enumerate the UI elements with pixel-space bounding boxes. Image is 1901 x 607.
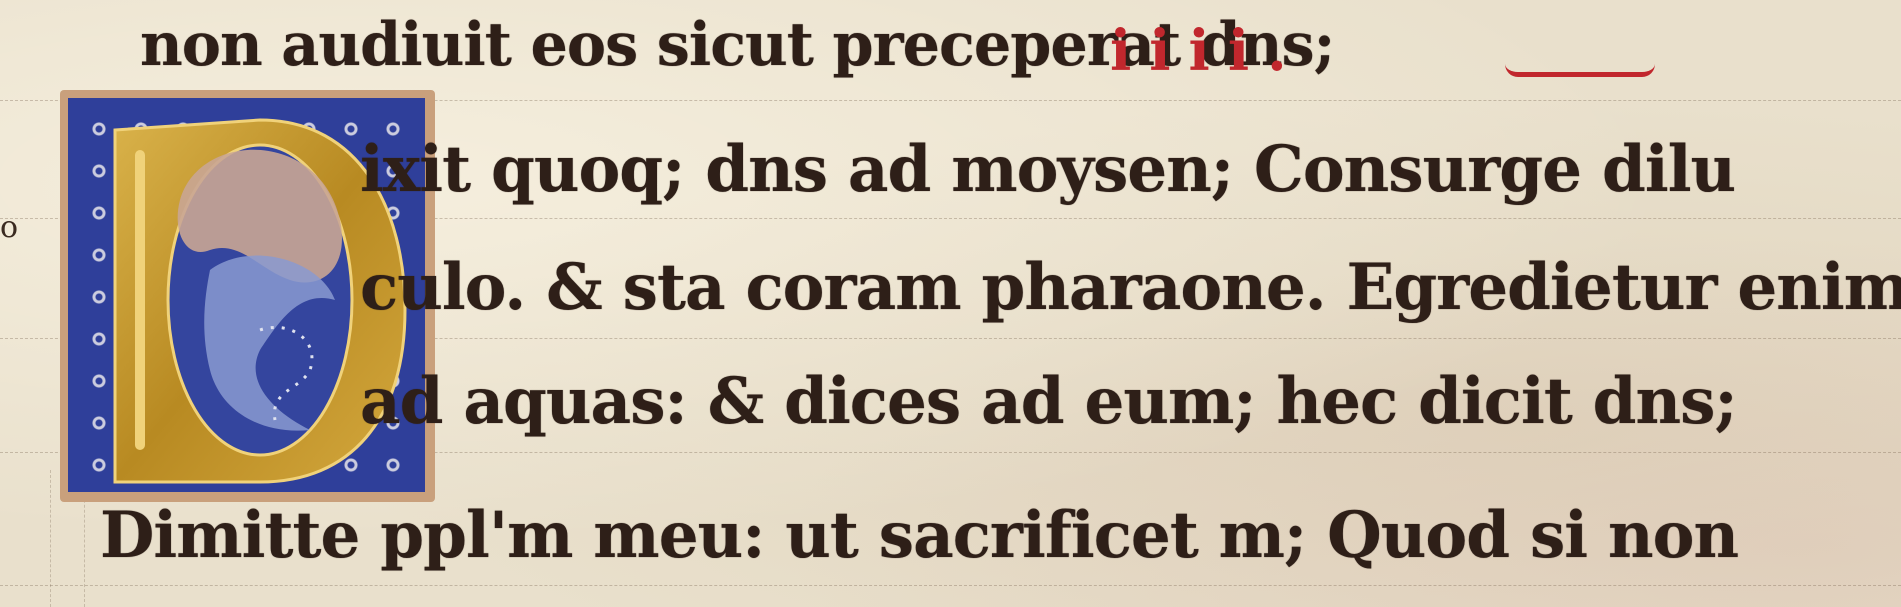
margin-rule — [50, 470, 51, 607]
text-line-5: Dimitte ppl'm meu: ut sacrificet m; Quod… — [100, 498, 1738, 573]
rubric-flourish — [1505, 64, 1655, 77]
ruling-line — [0, 585, 1901, 586]
rubric-numeral: iiii. — [1110, 18, 1305, 84]
text-line-3: culo. & sta coram pharaone. Egredietur e… — [360, 250, 1901, 325]
manuscript-page: non audiuit eos sicut preceperat dns; ii… — [0, 0, 1901, 607]
margin-mark: o — [0, 210, 18, 245]
text-line-2: ixit quoq; dns ad moysen; Consurge dilu — [360, 132, 1735, 207]
text-line-4: ad aquas: & dices ad eum; hec dicit dns; — [360, 364, 1737, 439]
